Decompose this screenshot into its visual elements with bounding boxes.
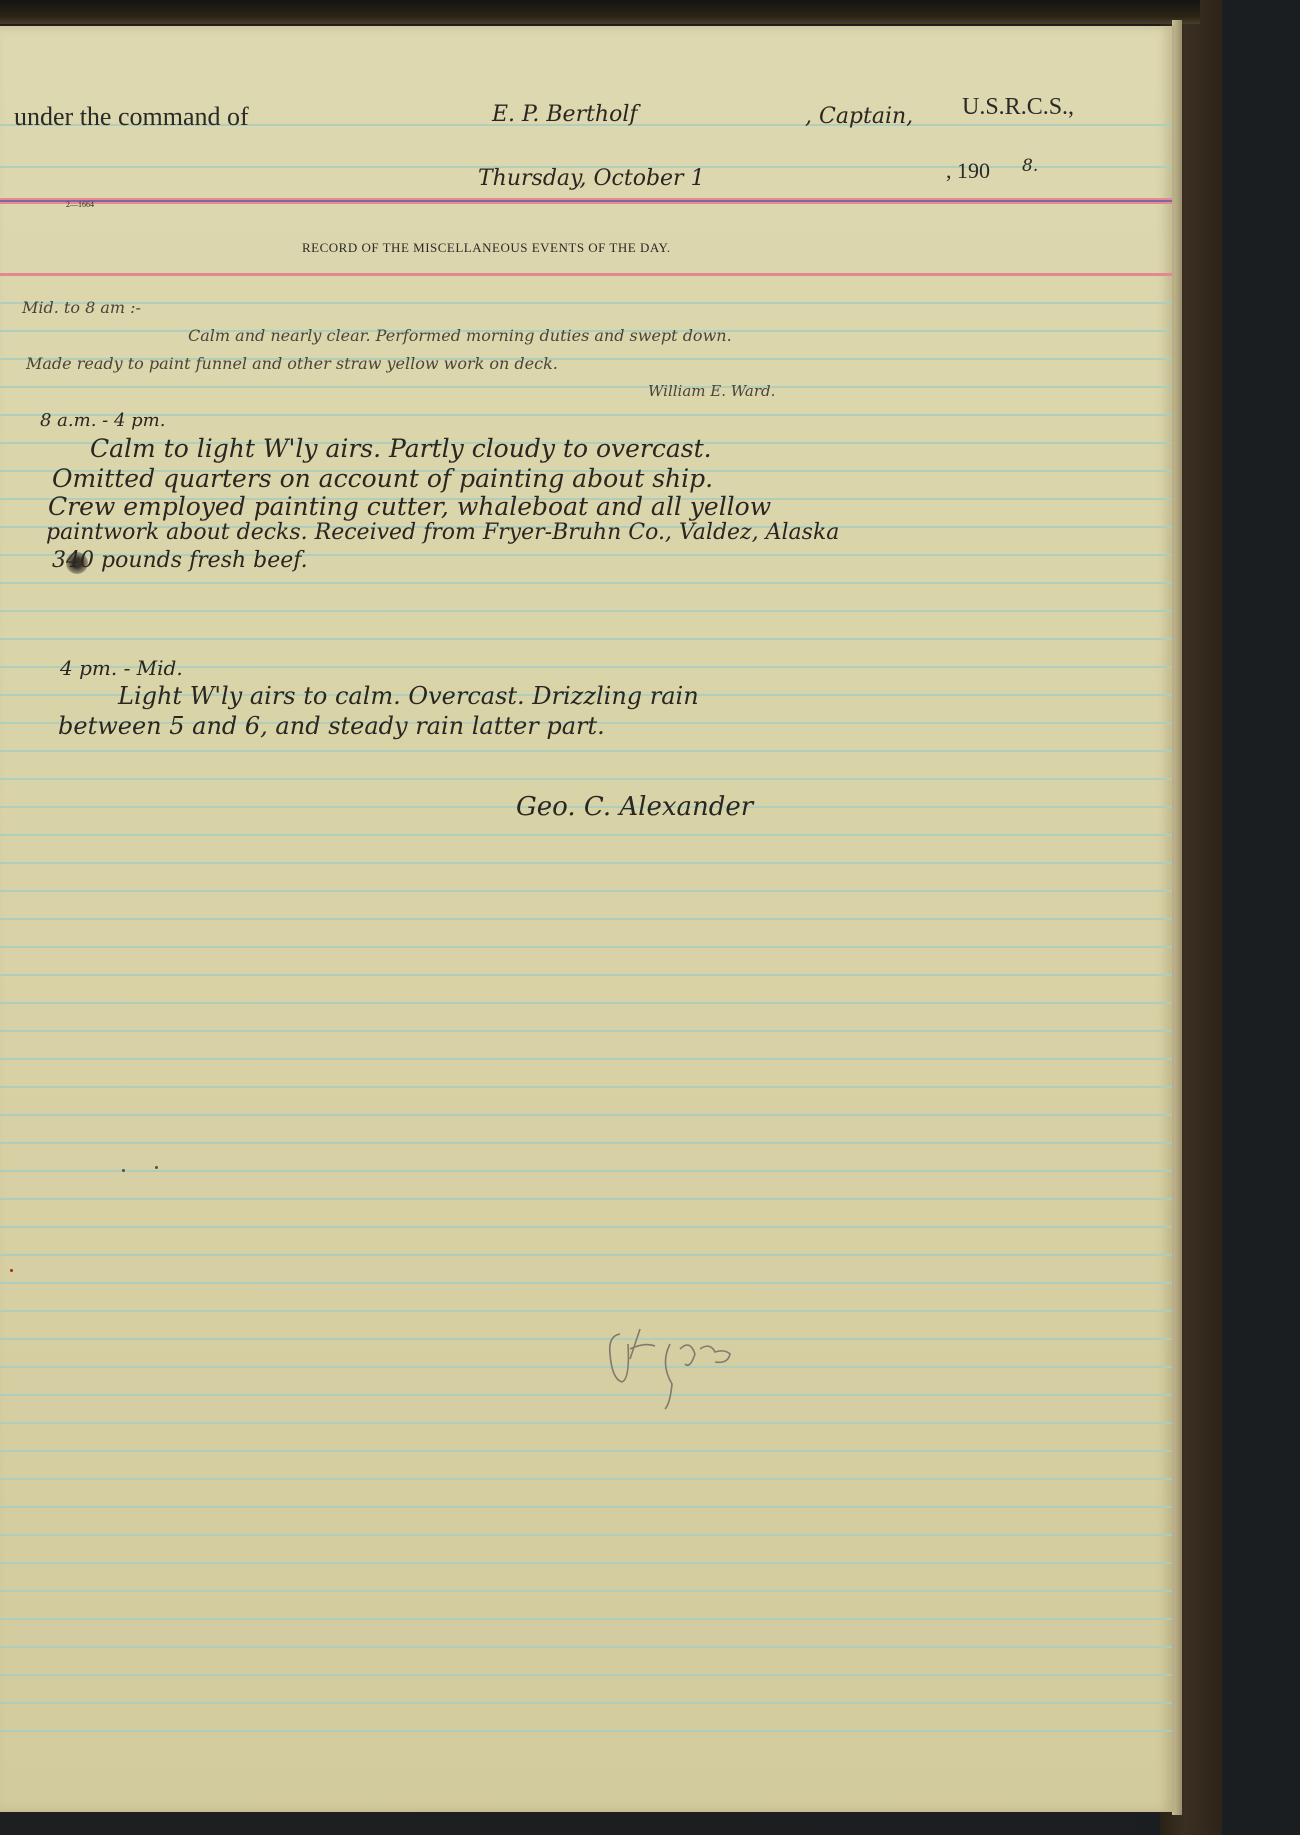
- ruled-line: [0, 1058, 1172, 1060]
- ruled-line: [0, 1478, 1172, 1480]
- ruled-line: [0, 386, 1172, 388]
- logbook-page: under the command of E. P. Bertholf , Ca…: [0, 26, 1175, 1812]
- watch-3-signature: Geo. C. Alexander: [516, 792, 753, 822]
- watch-period-3: 4 pm. - Mid.: [60, 656, 183, 680]
- commander-name: E. P. Bertholf: [492, 102, 638, 127]
- ruled-line: [0, 1646, 1172, 1648]
- ruled-line: [0, 1394, 1172, 1396]
- ruled-line: [0, 1114, 1172, 1116]
- ruled-line: [0, 1170, 1172, 1172]
- ruled-line: [0, 890, 1172, 892]
- record-title: RECORD OF THE MISCELLANEOUS EVENTS OF TH…: [302, 240, 671, 256]
- ruled-line: [0, 862, 1172, 864]
- ruled-line: [0, 1674, 1172, 1676]
- watch-2-line-1: Calm to light W'ly airs. Partly cloudy t…: [90, 434, 712, 463]
- ruled-line: [0, 1506, 1172, 1508]
- ruled-line: [0, 1310, 1172, 1312]
- pencil-initials: [600, 1324, 760, 1425]
- ruled-line: [0, 302, 1172, 304]
- watch-period-1: Mid. to 8 am :-: [22, 298, 141, 317]
- ruled-line: [0, 1702, 1172, 1704]
- ruled-line: [0, 1254, 1172, 1256]
- ruled-line: [0, 1590, 1172, 1592]
- paper-fleck: [10, 1269, 13, 1272]
- ruled-line: [0, 834, 1172, 836]
- ruled-line: [0, 1226, 1172, 1228]
- watch-2-line-4: paintwork about decks. Received from Fry…: [46, 520, 839, 545]
- ruled-line: [0, 1366, 1172, 1368]
- ruled-line: [0, 946, 1172, 948]
- watch-2-line-3: Crew employed painting cutter, whaleboat…: [48, 492, 771, 521]
- ruled-line: [0, 1618, 1172, 1620]
- watch-1-line-1: Calm and nearly clear. Performed morning…: [188, 326, 732, 345]
- watch-1-signature: William E. Ward.: [648, 382, 775, 400]
- paper-fleck: [155, 1166, 158, 1169]
- ruled-line: [0, 1030, 1172, 1032]
- rank: , Captain,: [805, 104, 913, 129]
- entry-date: Thursday, October 1: [478, 166, 705, 191]
- ruled-line: [0, 1198, 1172, 1200]
- watch-3-line-1: Light W'ly airs to calm. Overcast. Drizz…: [118, 682, 699, 710]
- ruled-line: [0, 750, 1172, 752]
- year-suffix: 8.: [1022, 156, 1038, 176]
- ruled-line: [0, 1142, 1172, 1144]
- ruled-line: [0, 638, 1172, 640]
- form-number: 2—1664: [66, 200, 94, 209]
- paper-fleck: [122, 1169, 125, 1172]
- ruled-line: [0, 1002, 1172, 1004]
- book-top-edge: [0, 0, 1200, 24]
- service-name: U.S.R.C.S.,: [962, 94, 1074, 121]
- ruled-line: [0, 1730, 1172, 1732]
- header-double-rule: [0, 198, 1172, 204]
- ruled-line: [0, 974, 1172, 976]
- ruled-line: [0, 918, 1172, 920]
- ruled-line: [0, 1086, 1172, 1088]
- watch-2-line-5: 340 pounds fresh beef.: [52, 548, 308, 573]
- ruled-line: [0, 778, 1172, 780]
- pencil-signature-icon: [600, 1324, 760, 1414]
- command-label: under the command of: [14, 102, 249, 132]
- year-prefix: , 190: [946, 158, 990, 184]
- ruled-line: [0, 1562, 1172, 1564]
- ruled-line: [0, 1282, 1172, 1284]
- ruled-line: [0, 582, 1172, 584]
- watch-period-2: 8 a.m. - 4 pm.: [40, 410, 165, 431]
- watch-3-line-2: between 5 and 6, and steady rain latter …: [58, 712, 605, 740]
- ruled-line: [0, 1450, 1172, 1452]
- title-red-rule: [0, 273, 1172, 276]
- watch-1-line-2: Made ready to paint funnel and other str…: [26, 354, 558, 373]
- ruled-line: [0, 1422, 1172, 1424]
- watch-2-line-2: Omitted quarters on account of painting …: [52, 464, 713, 493]
- ruled-line: [0, 1534, 1172, 1536]
- ruled-line: [0, 414, 1172, 416]
- ruled-line: [0, 610, 1172, 612]
- ruled-line: [0, 1338, 1172, 1340]
